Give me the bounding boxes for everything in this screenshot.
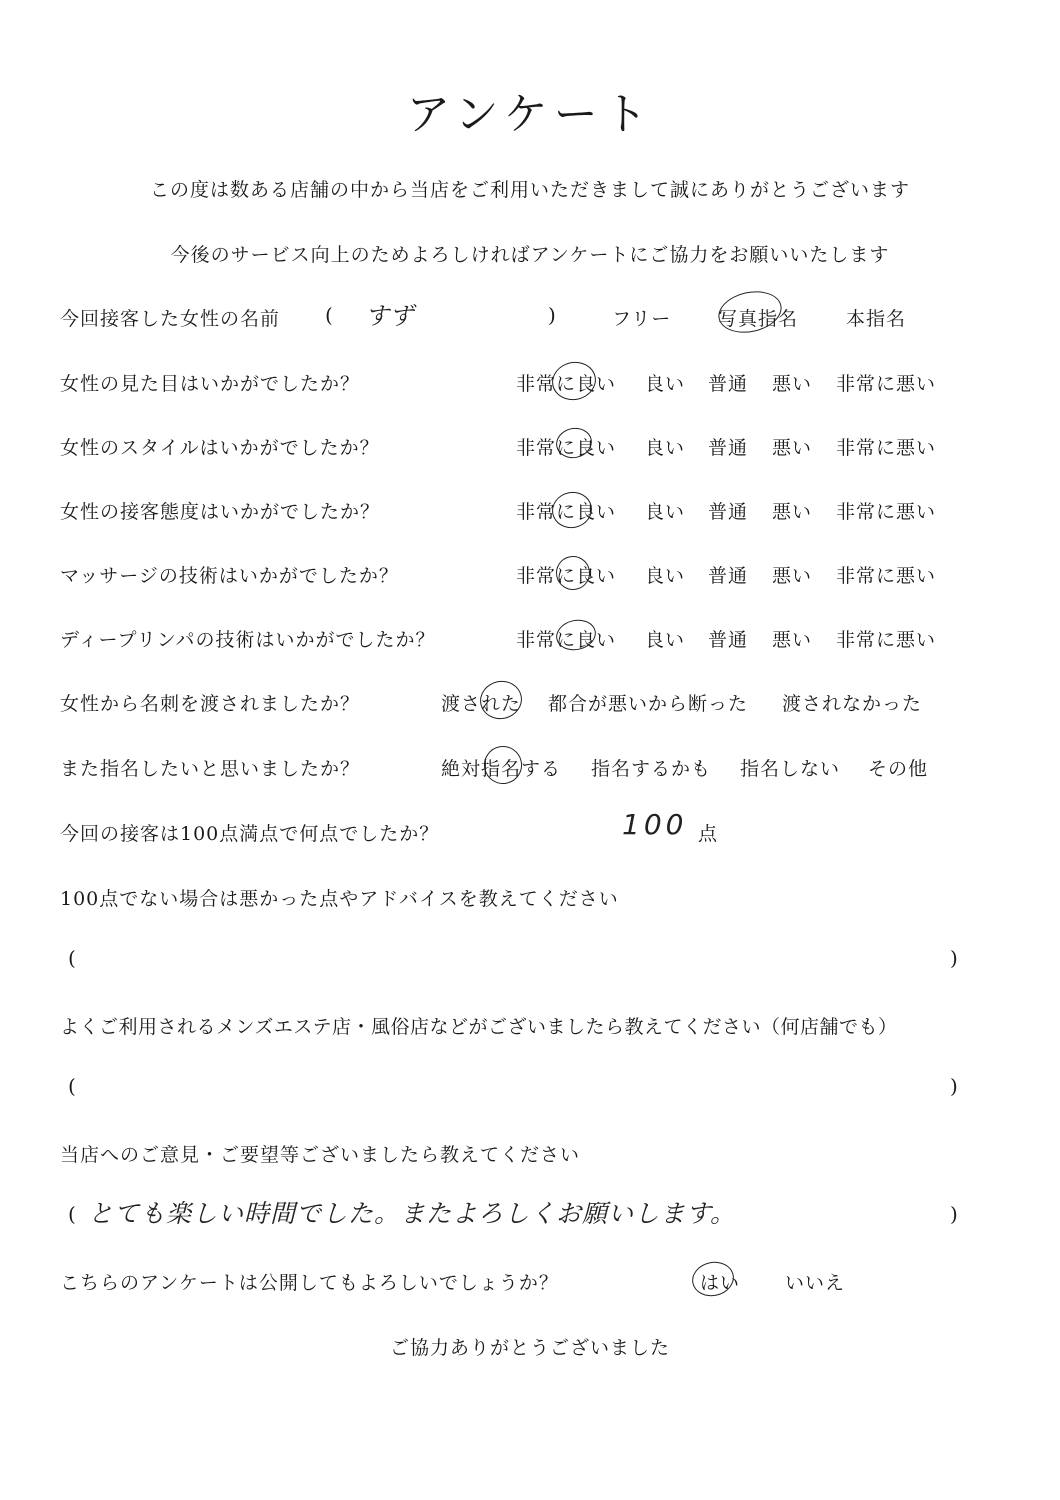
other-shops-answer-field[interactable] <box>90 1068 940 1102</box>
rating-option-average[interactable]: 普通 <box>708 433 748 460</box>
option-maybe-nominate[interactable]: 指名するかも <box>591 754 711 781</box>
rating-option-good[interactable]: 良い <box>645 561 685 588</box>
intro-thanks: この度は数ある店舗の中から当店をご利用いただきまして誠にありがとうございます <box>0 175 1060 202</box>
feedback-question-label: 当店へのご意見・ご要望等ございましたら教えてください <box>60 1140 580 1167</box>
card-question-label: 女性から名刺を渡されましたか？ <box>60 689 360 716</box>
name-answer[interactable]: すず <box>365 296 413 331</box>
advice-open-paren: ( <box>68 946 76 970</box>
feedback-answer[interactable]: とても楽しい時間でした。またよろしくお願いします。 <box>88 1194 736 1230</box>
name-question-label: 今回接客した女性の名前 <box>60 304 280 331</box>
rating-question-label: 女性のスタイルはいかがでしたか？ <box>60 433 380 460</box>
advice-question-label: 100点でない場合は悪かった点やアドバイスを教えてください <box>60 884 619 911</box>
rating-option-good[interactable]: 良い <box>645 433 685 460</box>
rating-option-very-bad[interactable]: 非常に悪い <box>836 625 936 652</box>
rating-option-very-bad[interactable]: 非常に悪い <box>836 561 936 588</box>
publish-question-label: こちらのアンケートは公開してもよろしいでしょうか？ <box>60 1268 559 1295</box>
rating-question-label: 女性の見た目はいかがでしたか？ <box>60 369 360 396</box>
option-not-nominate[interactable]: 指名しない <box>740 754 840 781</box>
rating-option-bad[interactable]: 悪い <box>772 433 812 460</box>
score-answer[interactable]: 100 <box>622 808 687 841</box>
rating-option-bad[interactable]: 悪い <box>772 369 812 396</box>
feedback-close-paren: ) <box>950 1202 958 1226</box>
rating-option-average[interactable]: 普通 <box>708 497 748 524</box>
rating-question-label: マッサージの技術はいかがでしたか？ <box>60 561 399 588</box>
other-shops-open-paren: ( <box>68 1074 76 1098</box>
rating-option-bad[interactable]: 悪い <box>772 497 812 524</box>
score-question-label: 今回の接客は100点満点で何点でしたか？ <box>60 819 439 846</box>
page-title: アンケート <box>0 78 1060 142</box>
rating-option-very-bad[interactable]: 非常に悪い <box>836 497 936 524</box>
option-main-nomination[interactable]: 本指名 <box>846 304 906 331</box>
selected-circle-mark <box>477 677 526 723</box>
advice-answer-field[interactable] <box>90 940 940 974</box>
rating-option-bad[interactable]: 悪い <box>772 561 812 588</box>
rating-option-very-bad[interactable]: 非常に悪い <box>836 433 936 460</box>
rating-question-label: 女性の接客態度はいかがでしたか？ <box>60 497 380 524</box>
rating-option-average[interactable]: 普通 <box>708 625 748 652</box>
footer-thanks: ご協力ありがとうございました <box>0 1333 1060 1360</box>
selected-circle-mark <box>549 358 600 404</box>
rating-question-label: ディープリンパの技術はいかがでしたか？ <box>60 625 435 652</box>
renominate-question-label: また指名したいと思いましたか？ <box>60 754 360 781</box>
rating-option-average[interactable]: 普通 <box>708 561 748 588</box>
other-shops-question-label: よくご利用されるメンズエステ店・風俗店などがございましたら教えてください（何店舗… <box>60 1012 898 1039</box>
name-open-paren: ( <box>325 303 333 327</box>
option-no[interactable]: いいえ <box>785 1268 845 1295</box>
option-free[interactable]: フリー <box>612 304 671 331</box>
rating-option-bad[interactable]: 悪い <box>772 625 812 652</box>
rating-option-average[interactable]: 普通 <box>708 369 748 396</box>
intro-request: 今後のサービス向上のためよろしければアンケートにご協力をお願いいたします <box>0 240 1060 267</box>
selected-circle-mark <box>549 488 596 532</box>
option-card-declined[interactable]: 都合が悪いから断った <box>548 689 748 716</box>
option-other[interactable]: その他 <box>868 754 928 781</box>
feedback-open-paren: ( <box>68 1202 76 1226</box>
name-close-paren: ) <box>548 303 556 327</box>
option-card-not-received[interactable]: 渡されなかった <box>782 689 922 716</box>
rating-option-good[interactable]: 良い <box>645 369 685 396</box>
rating-option-good[interactable]: 良い <box>645 497 685 524</box>
advice-close-paren: ) <box>950 946 958 970</box>
rating-option-good[interactable]: 良い <box>645 625 685 652</box>
rating-option-very-bad[interactable]: 非常に悪い <box>836 369 936 396</box>
other-shops-close-paren: ) <box>950 1074 958 1098</box>
score-unit: 点 <box>698 819 718 846</box>
